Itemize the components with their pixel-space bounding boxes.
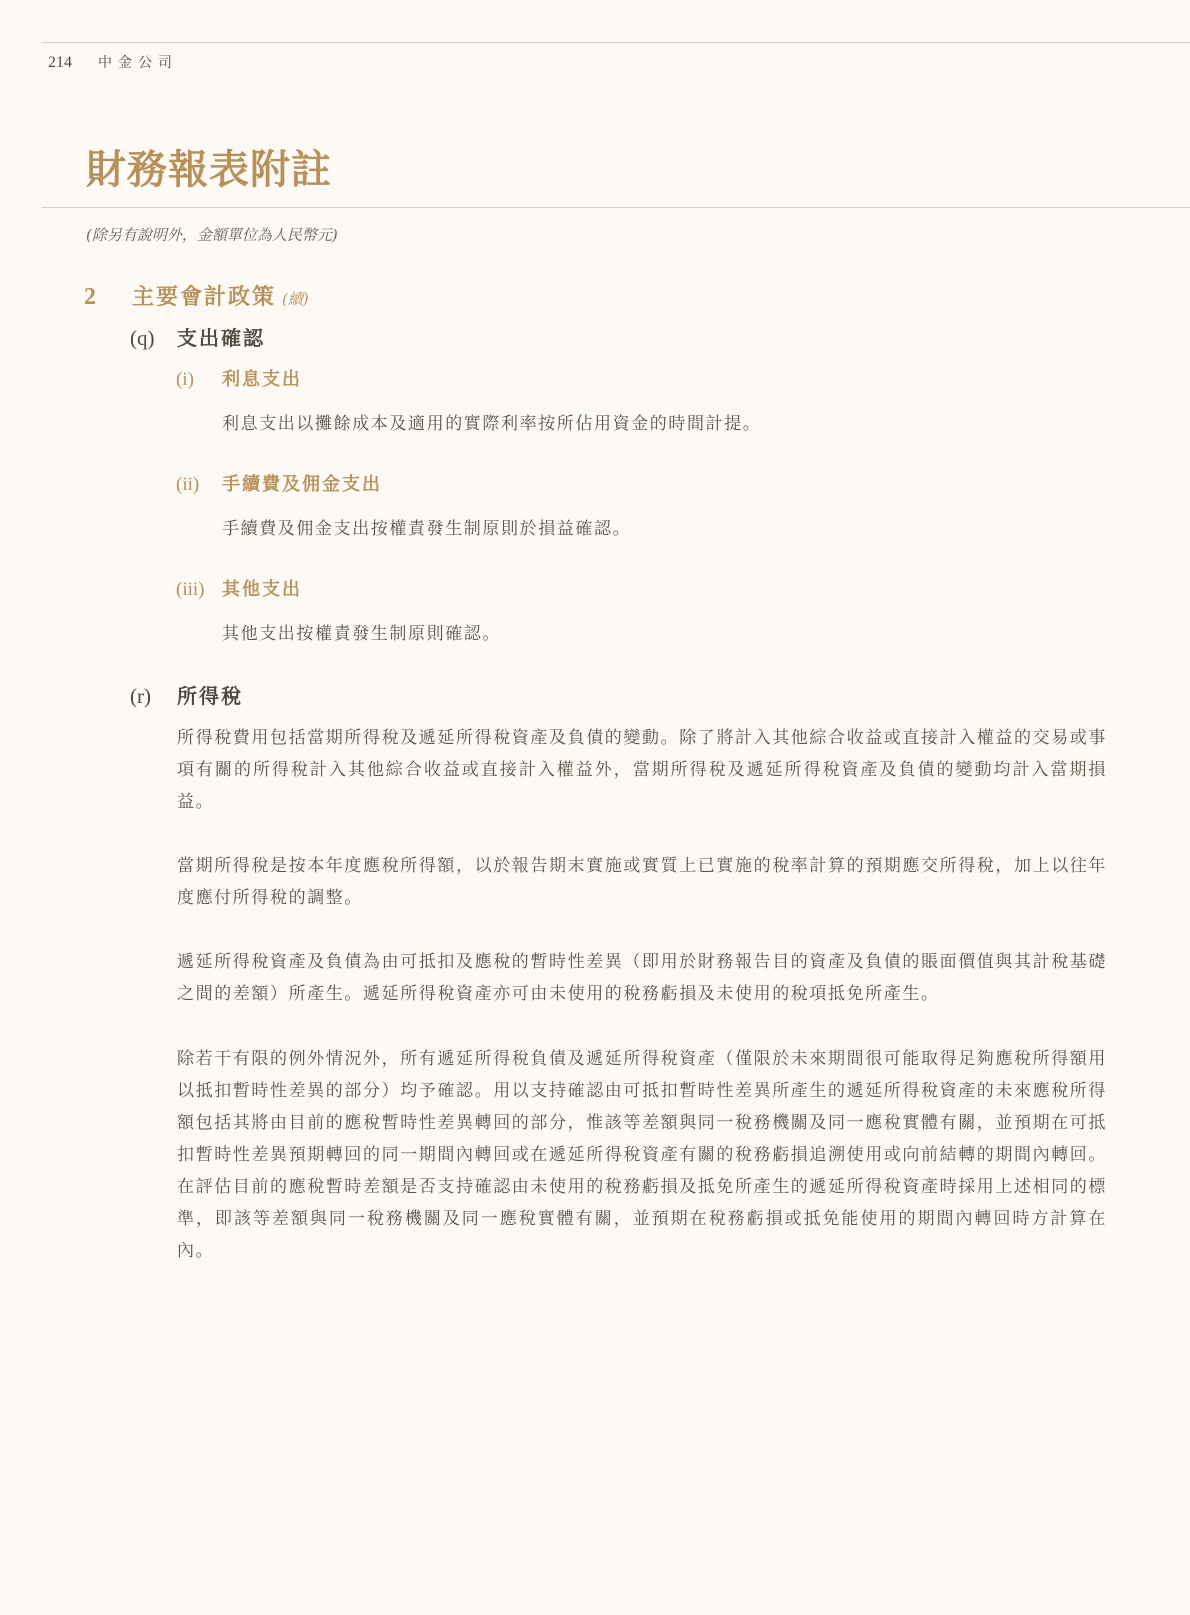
item-label: (i) [176,369,222,391]
item-title: 其他支出 [222,575,302,601]
header-rule [42,42,1190,43]
section-number: 2 [84,284,132,311]
section-title: 主要會計政策 [132,280,276,311]
item-heading-ii: (ii) 手續費及佣金支出 [176,470,382,496]
subsection-title: 所得稅 [177,680,243,709]
subsection-title: 支出確認 [177,322,265,351]
subsection-heading-q: (q) 支出確認 [130,322,265,351]
subsection-heading-r: (r) 所得稅 [130,680,243,709]
company-name: 中金公司 [98,52,178,72]
item-label: (iii) [176,579,222,601]
item-title: 手續費及佣金支出 [222,470,382,496]
paragraph-current-tax: 當期所得稅是按本年度應稅所得額，以於報告期末實施或實質上已實施的稅率計算的預期應… [177,850,1107,914]
continued-label: (續) [282,288,309,309]
paragraph-income-tax-expense: 所得稅費用包括當期所得稅及遞延所得稅資產及負債的變動。除了將計入其他綜合收益或直… [177,722,1107,818]
currency-note: (除另有說明外，金額單位為人民幣元) [86,224,338,245]
page-header: 214 中金公司 [48,52,178,72]
item-heading-iii: (iii) 其他支出 [176,575,302,601]
item-heading-i: (i) 利息支出 [176,365,302,391]
subsection-label: (r) [130,684,177,709]
item-title: 利息支出 [222,365,302,391]
item-label: (ii) [176,474,222,496]
title-rule [42,207,1190,208]
section-heading: 2 主要會計政策 (續) [84,280,309,311]
paragraph-deferred-tax-recognition: 除若干有限的例外情況外，所有遞延所得稅負債及遞延所得稅資產（僅限於未來期間很可能… [177,1043,1107,1267]
item-text-other-expenses: 其他支出按權責發生制原則確認。 [222,618,1102,650]
page-title: 財務報表附註 [86,148,332,192]
page-number: 214 [48,54,72,72]
subsection-label: (q) [130,326,177,351]
item-text-interest-expense: 利息支出以攤餘成本及適用的實際利率按所佔用資金的時間計提。 [222,408,1102,440]
paragraph-deferred-tax: 遞延所得稅資產及負債為由可抵扣及應稅的暫時性差異（即用於財務報告目的資產及負債的… [177,946,1107,1010]
item-text-fee-commission: 手續費及佣金支出按權責發生制原則於損益確認。 [222,513,1102,545]
